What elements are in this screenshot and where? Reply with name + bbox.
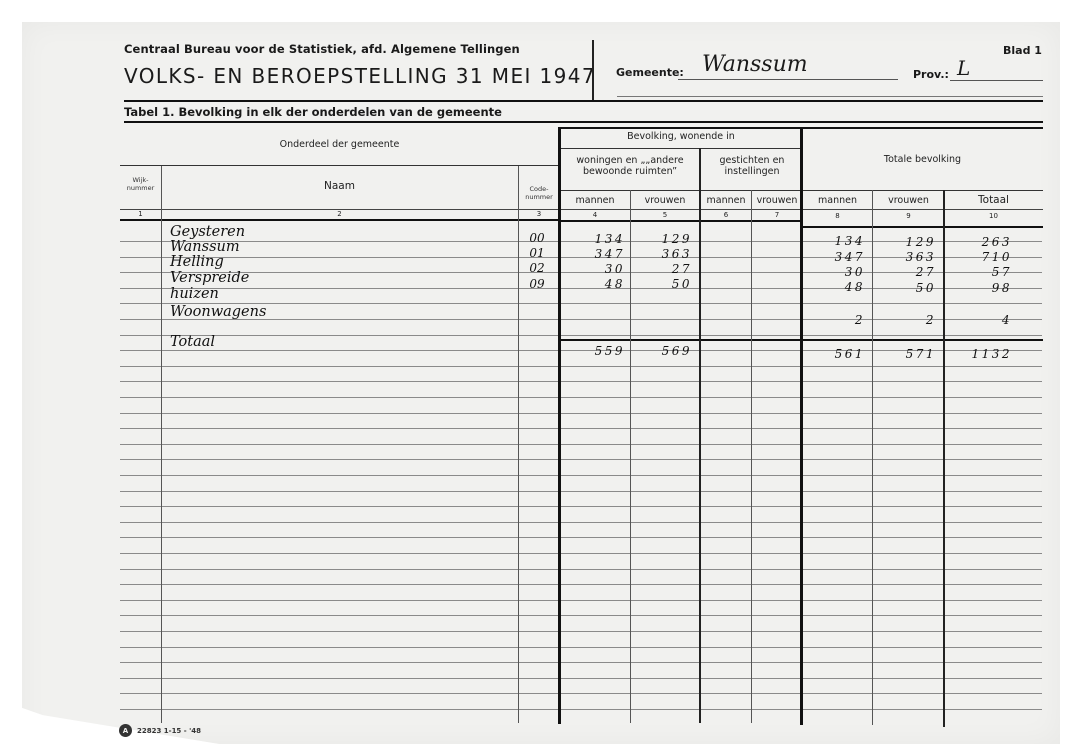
- municipality-label: Gemeente:: [616, 66, 684, 79]
- row-name-totaal: Totaal: [170, 334, 215, 350]
- bevolking-split-line: [560, 148, 802, 149]
- province-field-line: [950, 80, 1043, 81]
- municipality-value[interactable]: Wanssum: [702, 52, 808, 77]
- col-header-7: vrouwen: [752, 195, 802, 206]
- col-number-7: 7: [752, 211, 802, 219]
- ruled-line: [120, 662, 1042, 663]
- print-footer: A 22823 1-15 - '48: [119, 724, 201, 737]
- ruled-line: [120, 428, 1042, 429]
- col-header-10: Totaal: [944, 195, 1043, 206]
- ruled-line: [120, 506, 1042, 507]
- row-tot-v: 27: [873, 265, 936, 279]
- col-header-9: vrouwen: [873, 195, 944, 206]
- col-header-naam: Naam: [161, 181, 518, 192]
- organization-name: Centraal Bureau voor de Statistiek, afd.…: [124, 42, 520, 56]
- form-title: VOLKS- EN BEROEPSTELLING 31 MEI 1947: [124, 64, 596, 88]
- row-code: 00: [520, 231, 554, 245]
- body-top-rule-left: [120, 219, 560, 221]
- row-name: Woonwagens: [170, 304, 266, 320]
- row-won-m: 134: [560, 232, 625, 246]
- col-divider-wijk-naam: [161, 166, 162, 723]
- row-name: Geysteren: [170, 224, 245, 240]
- row-tot-v: 363: [873, 250, 936, 264]
- row-tot-m: 2: [802, 313, 865, 327]
- row-name: Helling: [170, 254, 224, 270]
- ruled-line: [120, 335, 1042, 336]
- col-header-5: vrouwen: [630, 195, 700, 206]
- col-number-4: 4: [560, 211, 630, 219]
- ruled-line: [120, 709, 1042, 710]
- row-tot-v: 2: [873, 313, 936, 327]
- row-name: Wanssum: [170, 239, 240, 255]
- table-caption: Tabel 1. Bevolking in elk der onderdelen…: [124, 105, 502, 119]
- municipality-extra-line: [617, 96, 1043, 97]
- ruled-line: [120, 615, 1042, 616]
- row-totaal: 710: [944, 250, 1012, 264]
- col-divider-code-bevolking: [558, 127, 561, 724]
- ruled-line: [120, 600, 1042, 601]
- ruled-line: [120, 647, 1042, 648]
- row-tot-m: 134: [802, 234, 865, 248]
- ruled-line: [120, 397, 1042, 398]
- row-code: 09: [520, 277, 554, 291]
- ruled-line: [120, 381, 1042, 382]
- row-won-m-totaal: 559: [560, 344, 625, 358]
- col-header-4: mannen: [560, 195, 630, 206]
- col-header-code: Code- nummer: [518, 185, 560, 201]
- row-won-v: 363: [630, 247, 692, 261]
- row-totaal: 57: [944, 265, 1012, 279]
- col-number-1: 1: [120, 210, 161, 218]
- province-label: Prov.:: [913, 68, 949, 81]
- row-tot-m: 30: [802, 265, 865, 279]
- col-header-8: mannen: [802, 195, 873, 206]
- row-won-m: 30: [560, 262, 625, 276]
- header-divider: [592, 40, 594, 102]
- body-top-rule-right: [802, 226, 1043, 228]
- col-number-8: 8: [802, 212, 873, 220]
- row-totaal: 4: [944, 313, 1012, 327]
- ruled-line: [120, 475, 1042, 476]
- row-name: Verspreide huizen: [170, 270, 249, 302]
- form-paper: [22, 22, 1060, 744]
- onderdeel-header: Onderdeel der gemeente: [161, 139, 518, 150]
- col-divider-7-8: [800, 127, 803, 725]
- ruled-line: [120, 413, 1042, 414]
- ruled-line: [120, 537, 1042, 538]
- ruled-line: [120, 444, 1042, 445]
- woningen-header: woningen en „„andere bewoonde ruimten”: [566, 155, 694, 177]
- ruled-line: [120, 678, 1042, 679]
- ruled-line: [120, 522, 1042, 523]
- row-tot-m: 48: [802, 280, 865, 294]
- caption-top-rule: [124, 100, 1043, 102]
- row-won-v-totaal: 569: [630, 344, 692, 358]
- ruled-line: [120, 693, 1042, 694]
- gestichten-header: gestichten en instellingen: [704, 155, 800, 177]
- col-number-10: 10: [944, 212, 1043, 220]
- col-number-5: 5: [630, 211, 700, 219]
- col-number-9: 9: [873, 212, 944, 220]
- sheet-number: Blad 1: [1003, 44, 1042, 57]
- row-totaal: 263: [944, 235, 1012, 249]
- col-divider-6-7: [751, 190, 752, 723]
- col-number-2: 2: [161, 210, 518, 218]
- col-divider-5-6: [699, 148, 701, 723]
- caption-bottom-rule: [124, 121, 1043, 123]
- col-header-wijk: Wijk- nummer: [120, 176, 161, 192]
- body-top-rule-mid: [560, 220, 802, 222]
- row-tot-v: 129: [873, 235, 936, 249]
- col-number-6: 6: [700, 211, 752, 219]
- row-won-v: 27: [630, 262, 692, 276]
- col-divider-naam-code: [518, 166, 519, 723]
- ruled-line: [120, 491, 1042, 492]
- ruled-line: [120, 366, 1042, 367]
- totale-bevolking-header: Totale bevolking: [802, 154, 1043, 165]
- row-won-v: 50: [630, 277, 692, 291]
- printer-logo-icon: A: [119, 724, 132, 737]
- row-totaal: 98: [944, 281, 1012, 295]
- municipality-field-line: [678, 79, 898, 80]
- ruled-line: [120, 459, 1042, 460]
- row-totaal-totaal: 1132: [944, 347, 1012, 361]
- row-won-v: 129: [630, 232, 692, 246]
- col-number-3: 3: [518, 210, 560, 218]
- print-code: 22823 1-15 - '48: [137, 727, 201, 735]
- row-code: 02: [520, 261, 554, 275]
- ruled-line: [120, 553, 1042, 554]
- ruled-line: [120, 569, 1042, 570]
- row-tot-v: 50: [873, 281, 936, 295]
- bevolking-wonende-header: Bevolking, wonende in: [560, 131, 802, 142]
- row-won-m: 48: [560, 277, 625, 291]
- row-won-m: 347: [560, 247, 625, 261]
- ruled-line: [120, 631, 1042, 632]
- onderdeel-split-line: [120, 165, 560, 166]
- province-value[interactable]: L: [957, 56, 970, 80]
- row-tot-m: 347: [802, 250, 865, 264]
- row-tot-v-totaal: 571: [873, 347, 936, 361]
- row-code: 01: [520, 246, 554, 260]
- ruled-line: [120, 584, 1042, 585]
- row-tot-m-totaal: 561: [802, 347, 865, 361]
- col-header-6: mannen: [700, 195, 752, 206]
